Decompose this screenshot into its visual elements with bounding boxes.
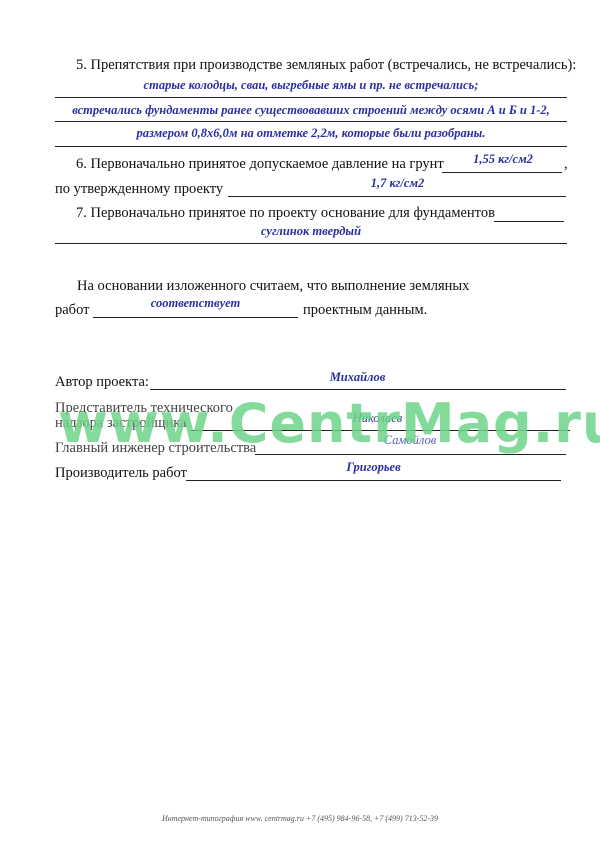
item7-underline-short xyxy=(494,221,564,222)
signature-role-chief-engineer: Главный инженер строительства xyxy=(55,440,256,457)
item7-label: 7. Первоначально принятое по проекту осн… xyxy=(76,205,495,222)
item5-underline-3 xyxy=(55,146,567,147)
conclusion-underline xyxy=(93,317,298,318)
signature-name-chief-engineer: Самойлов xyxy=(255,433,565,448)
item5-label: 5. Препятствия при производстве земляных… xyxy=(76,57,576,74)
item5-answer-line1: старые колодцы, сваи, выгребные ямы и пр… xyxy=(55,78,567,93)
item5-answer-line3: размером 0,8х6,0м на отметке 2,2м, котор… xyxy=(55,126,567,141)
item5-underline-2 xyxy=(55,121,567,122)
signature-role-author: Автор проекта: xyxy=(55,374,149,391)
signature-line-chief-engineer xyxy=(255,454,566,455)
item6-label2: по утвержденному проекту xyxy=(55,181,223,198)
item6-underline xyxy=(442,172,562,173)
conclusion-suffix: проектным данным. xyxy=(303,302,427,319)
signature-role-supervisor-line2: надзора застройщика xyxy=(55,415,187,432)
signature-name-works-manager: Григорьев xyxy=(186,460,561,475)
item5-underline-1 xyxy=(55,97,567,98)
item6-underline2 xyxy=(228,196,566,197)
item6-value: 1,55 кг/см2 xyxy=(442,152,564,167)
item6-label: 6. Первоначально принятое допускаемое да… xyxy=(76,156,444,173)
conclusion-value: соответствует xyxy=(93,296,298,311)
signature-name-author: Михайлов xyxy=(150,370,565,385)
footer-contacts: Интернет-типография www. centrmag.ru +7 … xyxy=(0,814,600,823)
conclusion-line1: На основании изложенного считаем, что вы… xyxy=(77,278,469,295)
item7-value: суглинок твердый xyxy=(55,224,567,239)
conclusion-prefix: работ xyxy=(55,302,89,319)
signature-role-works-manager: Производитель работ xyxy=(55,465,187,482)
signature-name-supervisor: Николаев xyxy=(190,411,565,426)
item6-value2: 1,7 кг/см2 xyxy=(230,176,565,191)
item5-answer-line2: встречались фундаменты ранее существовав… xyxy=(55,103,567,118)
item6-suffix: , xyxy=(564,156,568,173)
signature-line-works-manager xyxy=(186,480,561,481)
signature-line-supervisor xyxy=(190,430,570,431)
signature-line-author xyxy=(150,389,566,390)
item7-underline xyxy=(55,243,567,244)
